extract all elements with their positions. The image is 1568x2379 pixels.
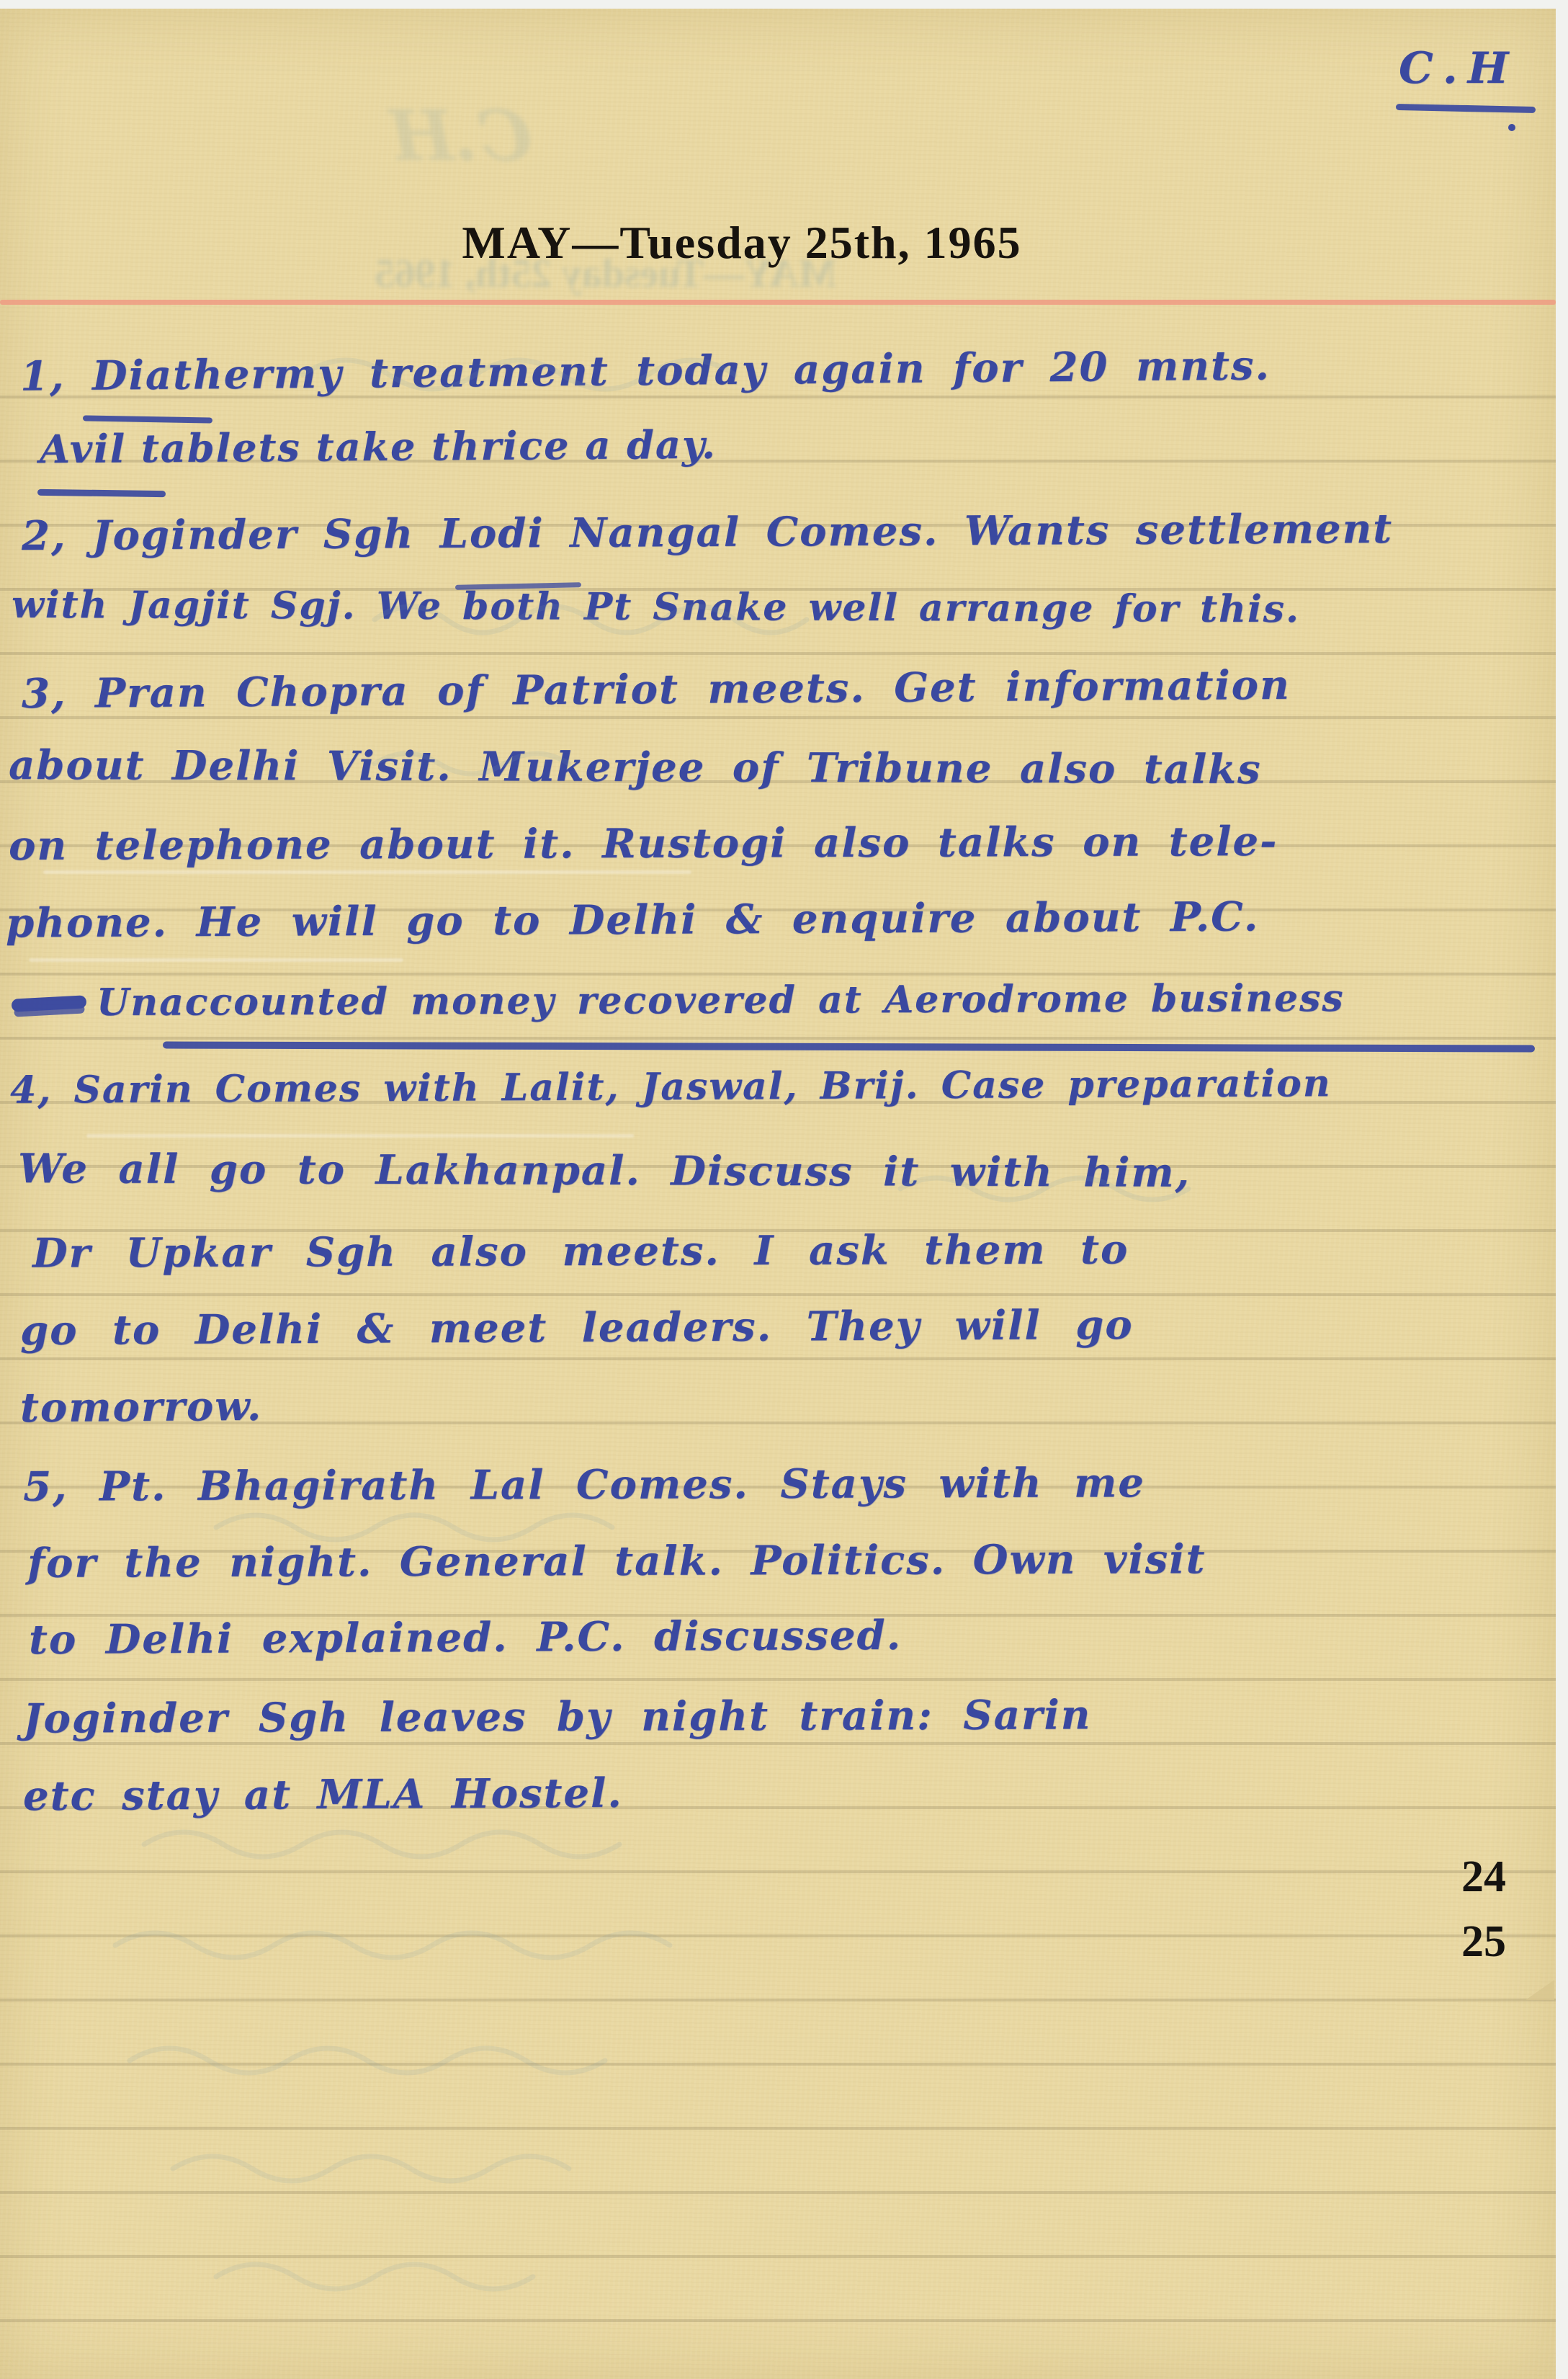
- scanned-diary-screenshot: { "page": { "corner_annotation": "C.H", …: [0, 0, 1568, 2379]
- diary-line: on telephone about it. Rustogi also talk…: [9, 818, 1278, 870]
- diary-line: Joginder Sgh leaves by night train: Sari…: [23, 1691, 1092, 1742]
- diary-page: MAY—Tuesday 25th, 1965 C.H MAY—Tuesday 2…: [0, 9, 1556, 2379]
- diary-line: tomorrow.: [20, 1383, 263, 1432]
- diary-line: to Delhi explained. P.C. discussed.: [29, 1612, 902, 1664]
- diary-line: 4, Sarin Comes with Lalit, Jaswal, Brij.…: [10, 1061, 1332, 1112]
- paper-crease: [43, 870, 691, 874]
- annotation-dot: [1508, 124, 1515, 131]
- header-rule: [0, 300, 1556, 305]
- diary-line-underlined: Unaccounted money recovered at Aerodrome…: [97, 976, 1345, 1025]
- diary-line: etc stay at MLA Hostel.: [23, 1769, 623, 1820]
- diary-line: for the night. General talk. Politics. O…: [27, 1535, 1206, 1587]
- diary-line: go to Delhi & meet leaders. They will go: [20, 1301, 1134, 1354]
- struck-out-word: [12, 995, 87, 1012]
- diary-line: Dr Upkar Sgh also meets. I ask them to: [32, 1226, 1129, 1277]
- underline-unaccounted: [163, 1042, 1535, 1053]
- underline-diathermy: [83, 415, 212, 423]
- diary-line: Avil tablets take thrice a day.: [40, 421, 717, 473]
- tab-corner-fold: [1526, 1980, 1554, 2000]
- ruled-lines: [0, 334, 1556, 2379]
- page-number-bottom: 25: [1441, 1916, 1527, 1968]
- diary-line: We all go to Lakhanpal. Discuss it with …: [18, 1145, 1191, 1197]
- diary-line: 2, Joginder Sgh Lodi Nangal Comes. Wants…: [22, 505, 1393, 560]
- annotation-underline: [1396, 104, 1536, 113]
- corner-annotation: C.H: [1399, 43, 1518, 94]
- paper-crease: [29, 958, 403, 962]
- paper-crease: [86, 1134, 634, 1138]
- diary-line: 1, Diathermy treatment today again for 2…: [20, 342, 1271, 400]
- diary-line: 5, Pt. Bhagirath Lal Comes. Stays with m…: [23, 1459, 1145, 1510]
- diary-line: 3, Pran Chopra of Patriot meets. Get inf…: [22, 661, 1291, 718]
- diary-line: with Jagjit Sgj. We both Pt Snake well a…: [12, 583, 1300, 631]
- underline-avil: [37, 489, 166, 497]
- date-header: MAY—Tuesday 25th, 1965: [0, 216, 1484, 269]
- diary-line: phone. He will go to Delhi & enquire abo…: [6, 893, 1260, 947]
- diary-line: about Delhi Visit. Mukerjee of Tribune a…: [9, 741, 1262, 793]
- show-through-initials: C.H: [389, 95, 532, 177]
- page-number-top: 24: [1441, 1852, 1527, 1903]
